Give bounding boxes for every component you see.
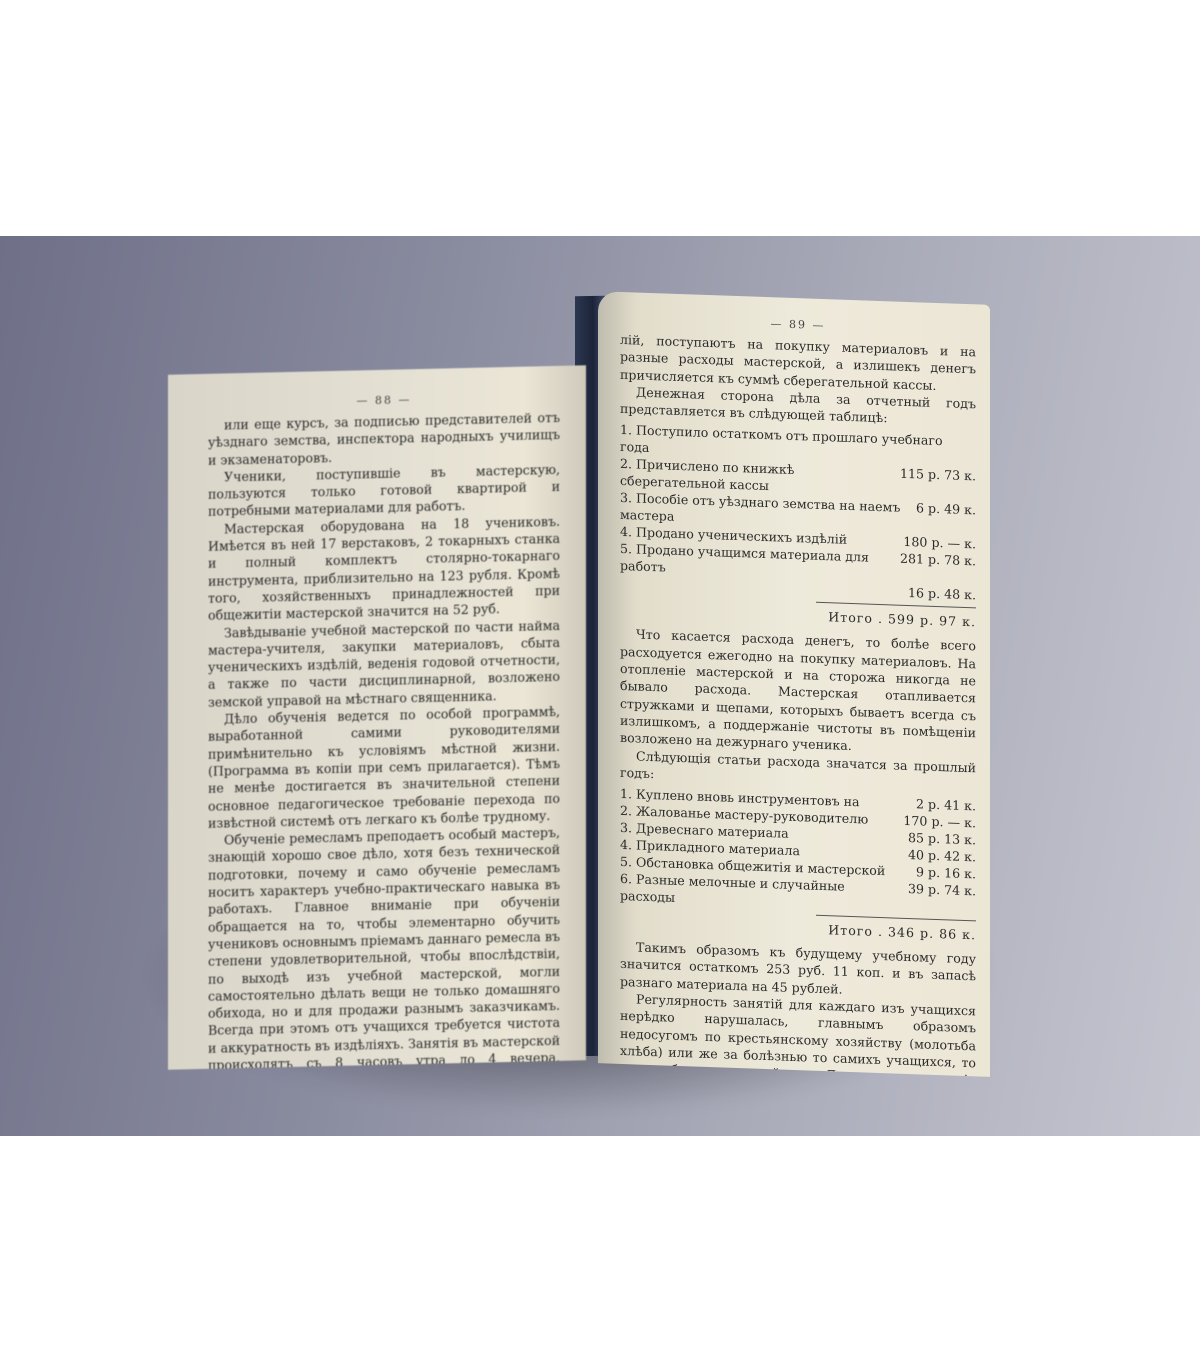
left-paragraph: Ученики, поступившіе въ мастерскую, поль…: [208, 461, 560, 521]
left-page-number: — 88 —: [208, 390, 560, 411]
ledger-amount: 39 р. 74 к.: [900, 880, 976, 917]
total-rule: [816, 915, 976, 922]
total-rule: [816, 602, 976, 609]
left-paragraph: или еще курсъ, за подписью представителе…: [208, 409, 560, 469]
right-paragraph: Регулярность занятій для каждаго изъ уча…: [620, 990, 976, 1077]
left-page-text: или еще курсъ, за подписью представителе…: [208, 409, 560, 1070]
expense-text: Что касается расхода денегъ, то болѣе вс…: [620, 625, 976, 759]
ledger-amount: 16 р. 48 к.: [900, 584, 976, 604]
left-paragraph: Мастерская оборудована на 18 учениковъ. …: [208, 513, 560, 625]
right-page: — 89 — лій, поступаютъ на покупку матери…: [598, 291, 990, 1077]
ledger-amount: 6 р. 49 к.: [908, 499, 976, 535]
ledger-amount: 115 р. 73 к.: [892, 465, 976, 502]
left-paragraph: Завѣдываніе учебной мастерской по части …: [208, 616, 560, 710]
book-photo: — 88 — или еще курсъ, за подписью предст…: [0, 236, 1200, 1136]
left-paragraph: Дѣло обученія ведется по особой программ…: [208, 703, 560, 832]
right-closing-text: Такимъ образомъ къ будущему учебному год…: [620, 938, 976, 1077]
expense-table: 1. Куплено вновь инструментовъ на2 р. 41…: [620, 785, 976, 916]
ledger-amount: [968, 434, 976, 468]
ledger-amount: 281 р. 78 к.: [892, 550, 976, 587]
income-table: 1. Поступило остаткомъ отъ прошлаго учеб…: [620, 421, 976, 603]
left-page: — 88 — или еще курсъ, за подписью предст…: [168, 365, 586, 1069]
left-paragraph: Обученіе ремесламъ преподаетъ особый мас…: [208, 824, 560, 1070]
